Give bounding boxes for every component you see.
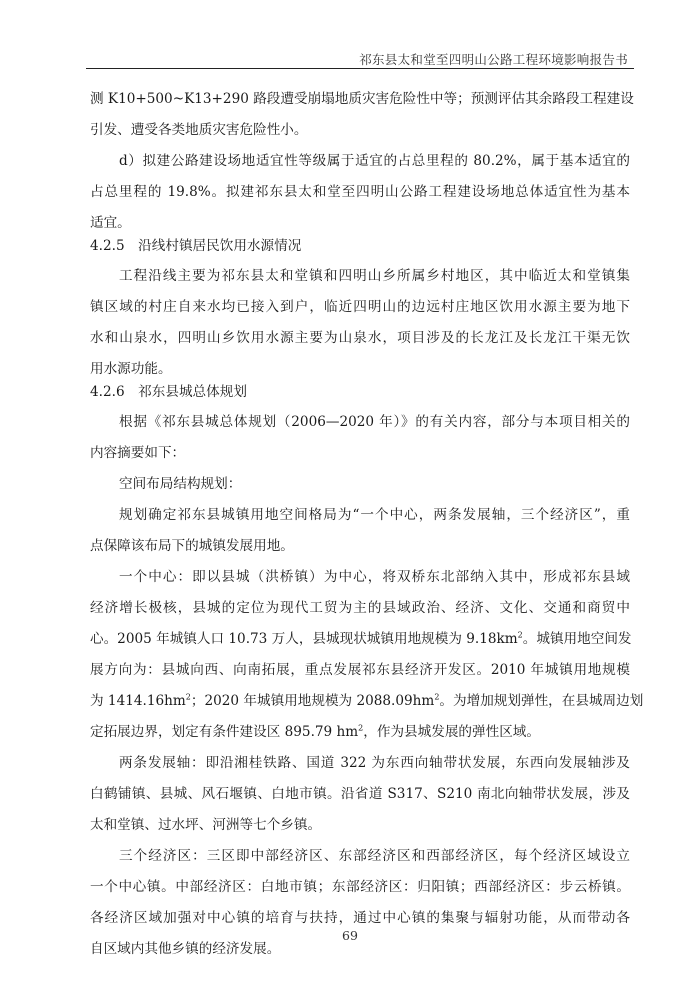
text-line: 镇区域的村庄自来水均已接入到户，临近四明山的边远村庄地区饮用水源主要为地下 bbox=[90, 297, 630, 317]
text-line: 内容摘要如下： bbox=[90, 443, 630, 463]
text-line: 经济增长极核，县城的定位为现代工贸为主的县域政治、经济、文化、交通和商贸中 bbox=[90, 598, 630, 618]
text-line: 白鹤铺镇、县城、风石堰镇、白地市镇。沿省道 S317、S210 南北向轴带状发展… bbox=[90, 784, 630, 804]
text-line: 空间布局结构规划： bbox=[119, 474, 630, 494]
document-title: 祁东县太和堂至四明山公路工程环境影响报告书 bbox=[359, 50, 628, 68]
text-line: 各经济区域加强对中心镇的培育与扶持，通过中心镇的集聚与辐射功能，从而带动各 bbox=[90, 908, 630, 928]
text-line: 三个经济区：三区即中部经济区、东部经济区和西部经济区，每个经济区域设立 bbox=[119, 846, 630, 866]
text-line: d）拟建公路建设场地适宜性等级属于适宜的占总里程的 80.2%，属于基本适宜的 bbox=[119, 151, 630, 171]
text-line: 规划确定祁东县城镇用地空间格局为“一个中心，两条发展轴，三个经济区”，重 bbox=[119, 505, 630, 525]
text-line: 点保障该布局下的城镇发展用地。 bbox=[90, 536, 630, 556]
text-line: 引发、遭受各类地质灾害危险性小。 bbox=[90, 120, 630, 140]
text-line: 一个中心镇。中部经济区：白地市镇；东部经济区：归阳镇；西部经济区：步云桥镇。 bbox=[90, 877, 630, 897]
page-number: 69 bbox=[0, 928, 700, 943]
text-line: 两条发展轴：即沿湘桂铁路、国道 322 为东西向轴带状发展，东西向发展轴涉及 bbox=[119, 753, 630, 773]
text-line: 占总里程的 19.8%。拟建祁东县太和堂至四明山公路工程建设场地总体适宜性为基本 bbox=[90, 182, 630, 202]
text-line: 定拓展边界，划定有条件建设区 895.79 hm2，作为县城发展的弹性区域。 bbox=[90, 722, 630, 742]
text-line: 太和堂镇、过水坪、河洲等七个乡镇。 bbox=[90, 815, 630, 835]
text-line: 心。2005 年城镇人口 10.73 万人，县城现状城镇用地规模为 9.18km… bbox=[90, 629, 630, 649]
text-line: 水和山泉水，四明山乡饮用水源主要为山泉水，项目涉及的长龙江及长龙江干渠无饮 bbox=[90, 328, 630, 348]
text-line: 适宜。 bbox=[90, 213, 630, 233]
text-line: 为 1414.16hm2；2020 年城镇用地规模为 2088.09hm2。为增… bbox=[90, 691, 630, 711]
text-line: 一个中心：即以县城（洪桥镇）为中心，将双桥东北部纳入其中，形成祁东县域 bbox=[119, 567, 630, 587]
section-heading: 4.2.5 沿线村镇居民饮用水源情况 bbox=[90, 236, 630, 256]
section-heading: 4.2.6 祁东县城总体规划 bbox=[90, 382, 630, 402]
text-line: 根据《祁东县城总体规划（2006—2020 年）》的有关内容，部分与本项目相关的 bbox=[119, 412, 630, 432]
text-line: 工程沿线主要为祁东县太和堂镇和四明山乡所属乡村地区，其中临近太和堂镇集 bbox=[119, 266, 630, 286]
text-line: 测 K10+500~K13+290 路段遭受崩塌地质灾害危险性中等；预测评估其余… bbox=[90, 89, 630, 109]
text-line: 展方向为：县城向西、向南拓展，重点发展祁东县经济开发区。2010 年城镇用地规模 bbox=[90, 660, 630, 680]
text-line: 用水源功能。 bbox=[90, 359, 630, 379]
running-header: 祁东县太和堂至四明山公路工程环境影响报告书 bbox=[86, 50, 634, 69]
